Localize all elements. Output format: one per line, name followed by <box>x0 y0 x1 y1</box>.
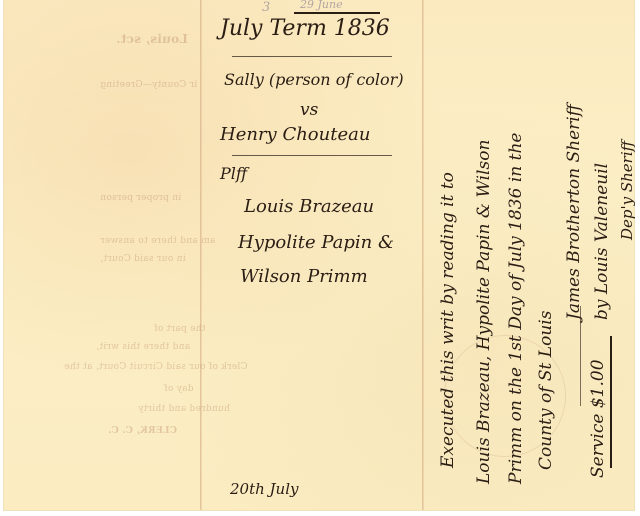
return-line: Louis Brazeau, Hypolite Papin & Wilson <box>474 140 494 484</box>
pencil-note: 3 <box>262 0 270 15</box>
pltff-label: Plff <box>220 164 247 183</box>
bleed-text: in our said Court, <box>100 254 186 264</box>
bleed-text: Louis, sct. <box>116 32 188 46</box>
fold-line-right <box>422 0 424 510</box>
bleed-text: and there this writ, <box>96 342 190 352</box>
bleed-text: hundred and thirty <box>138 404 230 414</box>
bleed-text: day of <box>164 384 194 394</box>
bleed-text: ir County—Greeting <box>100 80 197 90</box>
return-line: Executed this writ by reading it to <box>438 172 458 468</box>
pencil-date: 29 June <box>300 0 343 11</box>
term-heading: July Term 1836 <box>220 16 390 41</box>
party-name: Hypolite Papin & <box>238 232 394 253</box>
bleed-text: in proper person <box>100 193 181 203</box>
sheriff-signature: James Brotherton Sheriff <box>564 104 584 320</box>
deputy-signature: by Louis Valeneuil <box>592 163 612 320</box>
term-underline <box>232 56 392 57</box>
fold-line-left <box>200 0 202 510</box>
bleed-text: Clerk of our said Circuit Court, at the <box>64 362 247 372</box>
party-name: Wilson Primm <box>240 266 368 287</box>
bleed-text: am and there to answer <box>100 236 215 246</box>
footer-date: 20th July <box>230 480 299 498</box>
defendant-name: Henry Chouteau <box>220 124 370 145</box>
service-fee: Service $1.00 <box>588 359 608 478</box>
deputy-title: Dep'y Sheriff <box>618 141 636 240</box>
flourish-line <box>294 12 380 14</box>
bleed-text: CLERK, C. C. <box>108 426 177 436</box>
bleed-text: the part of <box>154 324 206 334</box>
document-paper: Louis, sct. ir County—Greeting in proper… <box>4 0 634 510</box>
versus-label: vs <box>300 100 318 120</box>
return-line: County of St Louis <box>536 311 556 470</box>
party-name: Louis Brazeau <box>244 196 374 217</box>
defendant-underline <box>232 155 392 156</box>
return-line: Primm on the 1st Day of July 1836 in the <box>506 133 526 484</box>
plaintiff-name: Sally (person of color) <box>224 70 404 89</box>
separator-rule <box>580 306 581 406</box>
fee-rule <box>610 336 612 468</box>
